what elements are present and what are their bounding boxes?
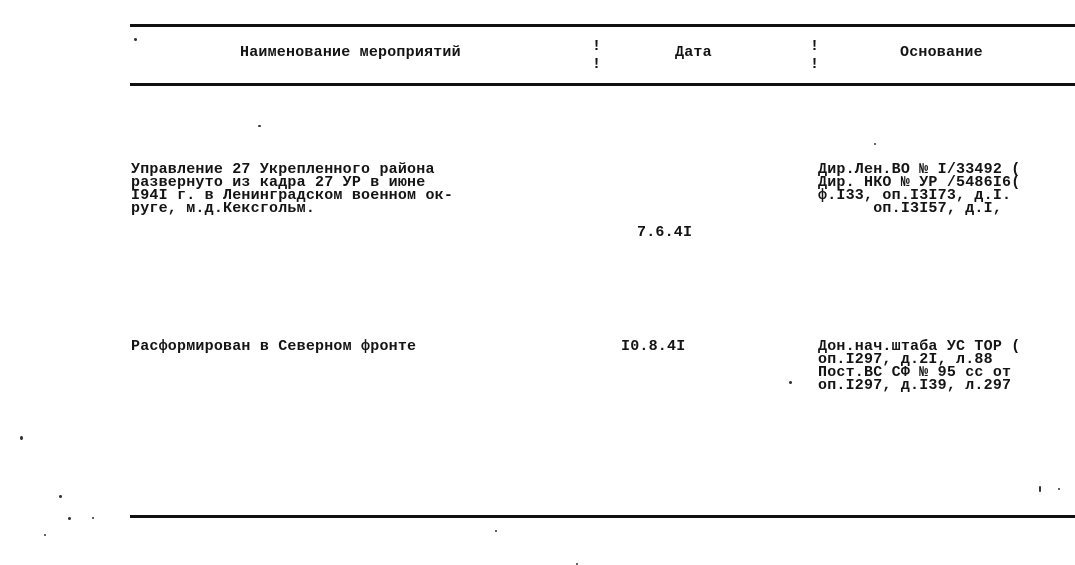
column-separator: ! <box>810 58 819 71</box>
row-date: 7.6.4I <box>637 226 692 239</box>
row-basis: Дон.нач.штаба УС ТОР ( оп.I297, д.2I, л.… <box>818 340 1020 392</box>
row-date: I0.8.4I <box>621 340 685 353</box>
header-date: Дата <box>675 46 712 59</box>
table-bottom-rule <box>130 515 1075 518</box>
column-separator: ! <box>810 40 819 53</box>
row-basis: Дир.Лен.ВО № I/33492 ( Дир. НКО № УР /54… <box>818 163 1020 215</box>
row-event: Расформирован в Северном фронте <box>131 340 416 353</box>
column-separator: ! <box>592 58 601 71</box>
header-bottom-rule <box>130 83 1075 86</box>
row-event: Управление 27 Укрепленного района развер… <box>131 163 453 215</box>
column-separator: ! <box>592 40 601 53</box>
header-event: Наименование мероприятий <box>240 46 461 59</box>
table-top-rule <box>130 24 1075 27</box>
header-basis: Основание <box>900 46 983 59</box>
